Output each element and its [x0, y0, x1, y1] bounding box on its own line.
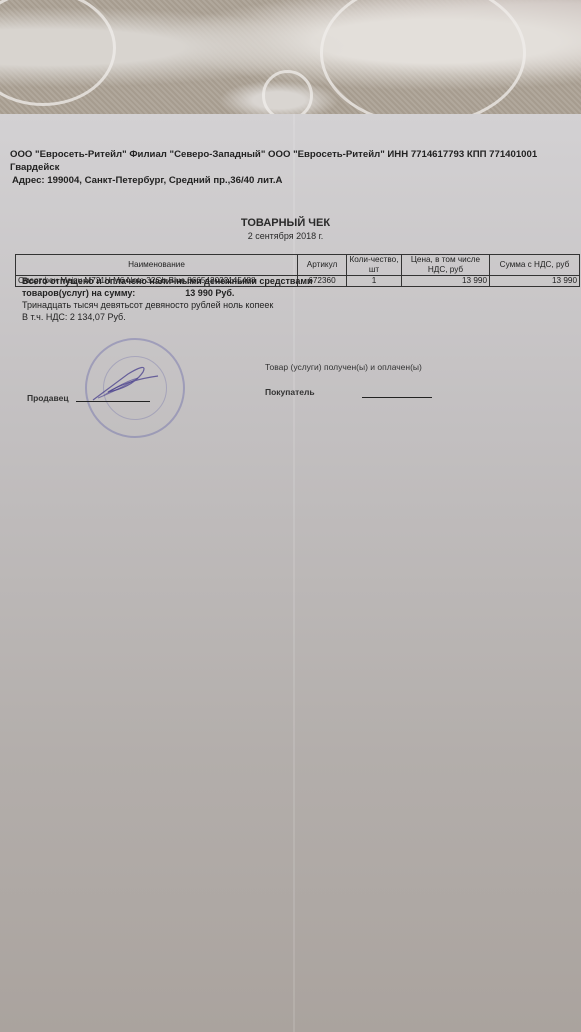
totals-line2: товаров(услуг) на сумму: 13 990 Руб.	[22, 287, 313, 299]
col-sum: Сумма с НДС, руб	[490, 255, 580, 276]
buyer-label: Покупатель	[265, 387, 315, 397]
item-quantity: 1	[347, 276, 402, 287]
receipt-date: 2 сентября 2018 г.	[0, 231, 581, 241]
address: Адрес: 199004, Санкт-Петербург, Средний …	[10, 174, 537, 187]
receipt-paper	[0, 114, 581, 1032]
totals-block: Всего отпущено и оплачено наличными дене…	[22, 275, 313, 323]
amount-in-words: Тринадцать тысяч девятьсот девяносто руб…	[22, 299, 313, 311]
signature-scribble-icon	[88, 362, 168, 402]
item-sum: 13 990	[490, 276, 580, 287]
totals-label: товаров(услуг) на сумму:	[22, 287, 135, 299]
buyer-signature-line	[362, 397, 432, 398]
item-price: 13 990	[402, 276, 490, 287]
col-price: Цена, в том числе НДС, руб	[402, 255, 490, 276]
seller-header: ООО "Евросеть-Ритейл" Филиал "Северо-Зап…	[10, 148, 537, 187]
col-quantity: Коли-чество, шт	[347, 255, 402, 276]
receipt-title-block: ТОВАРНЫЙ ЧЕК 2 сентября 2018 г.	[0, 217, 581, 241]
lace-ornament	[320, 0, 526, 126]
receipt-title: ТОВАРНЫЙ ЧЕК	[0, 217, 581, 229]
col-name: Наименование	[16, 255, 298, 276]
table-header-row: Наименование Артикул Коли-чество, шт Цен…	[16, 255, 580, 276]
tablecloth-background	[0, 0, 581, 118]
paper-fold	[293, 114, 295, 1032]
totals-line1: Всего отпущено и оплачено наличными дене…	[22, 275, 313, 287]
vat-amount: В т.ч. НДС: 2 134,07 Руб.	[22, 311, 313, 323]
company-line: ООО "Евросеть-Ритейл" Филиал "Северо-Зап…	[10, 148, 537, 161]
lace-ornament	[0, 0, 116, 106]
received-note: Товар (услуги) получен(ы) и оплачен(ы)	[265, 362, 422, 372]
seller-signature-line	[76, 401, 150, 402]
city: Гвардейск	[10, 161, 537, 174]
totals-amount: 13 990 Руб.	[185, 287, 234, 299]
seller-label: Продавец	[27, 393, 69, 403]
col-article: Артикул	[298, 255, 347, 276]
